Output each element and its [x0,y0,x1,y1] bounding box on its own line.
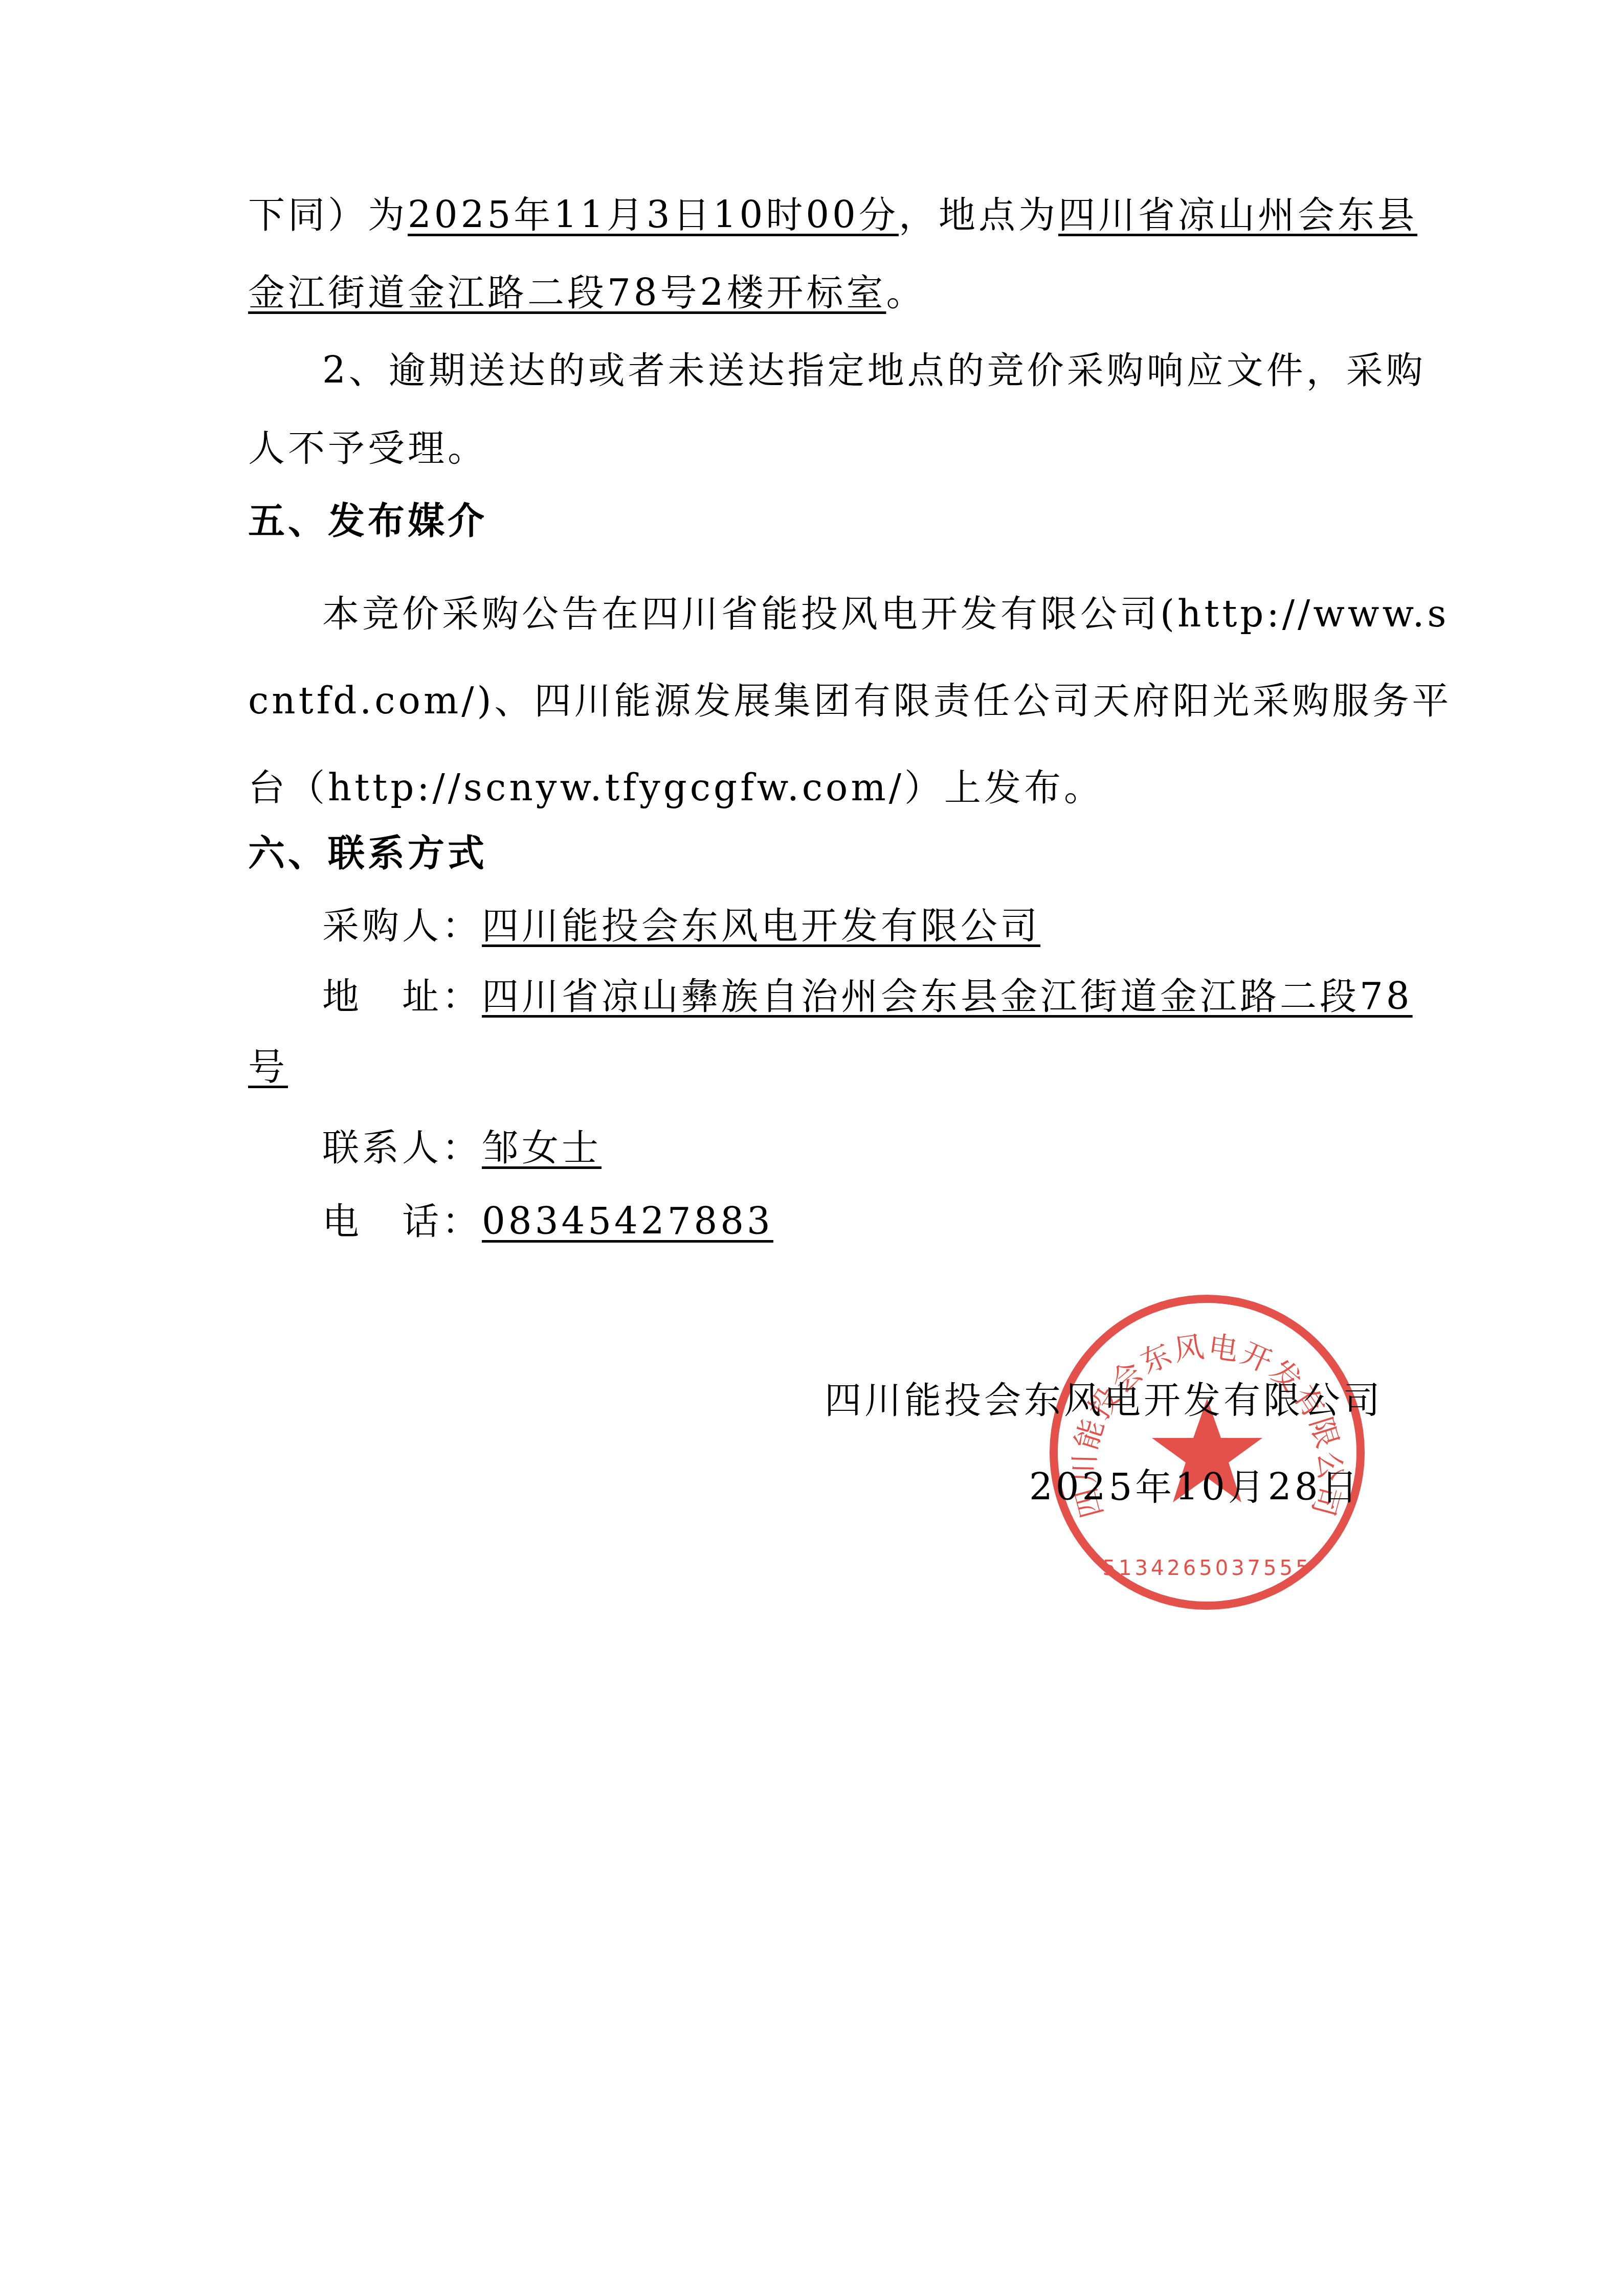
signature-company: 四川能投会东风电开发有限公司 [825,1376,1383,1425]
purchaser-value: 四川能投会东风电开发有限公司 [482,904,1040,947]
phone-line: 电 话：08345427883 [322,1197,773,1246]
bid-opening-place-cont: 金江街道金江路二段78号2楼开标室 [248,271,886,314]
address-line-cont: 号 [248,1042,288,1091]
item-2-line: 人不予受理。 [248,423,487,472]
text: 。 [886,271,926,314]
address-line: 地 址：四川省凉山彝族自治州会东县金江街道金江路二段78 [322,972,1413,1021]
section-heading: 五、发布媒介 [248,496,487,545]
contact-value: 邹女士 [482,1126,602,1169]
svg-text:5134265037555: 5134265037555 [1103,1557,1312,1580]
contact-line: 联系人：邹女士 [322,1123,602,1172]
address-value-cont: 号 [248,1045,288,1088]
contact-label: 联系人： [322,1126,482,1169]
text: 下同）为 [248,193,408,236]
item-2-line: 2、逾期送达的或者未送达指定地点的竞价采购响应文件，采购 [322,346,1426,395]
signature-date: 2025年10月28日 [1029,1462,1361,1512]
section-heading: 六、联系方式 [248,828,487,877]
paragraph-line: 本竞价采购公告在四川省能投风电开发有限公司(http://www.s [322,589,1449,638]
company-seal-icon: 四川能投会东风电开发有限公司 5134265037555 [1043,1289,1371,1616]
bid-opening-time: 2025年11月3日10时00分 [408,193,899,236]
purchaser-line: 采购人：四川能投会东风电开发有限公司 [322,901,1040,950]
document-page: 下同）为2025年11月3日10时00分，地点为四川省凉山州会东县 金江街道金江… [0,0,1624,2296]
paragraph-line: cntfd.com/)、四川能源发展集团有限责任公司天府阳光采购服务平 [248,676,1452,725]
address-label: 地 址： [322,975,482,1018]
text-line: 下同）为2025年11月3日10时00分，地点为四川省凉山州会东县 [248,190,1417,239]
purchaser-label: 采购人： [322,904,482,947]
paragraph-line: 台（http://scnyw.tfygcgfw.com/）上发布。 [248,763,1104,812]
text-line: 金江街道金江路二段78号2楼开标室。 [248,268,926,317]
bid-opening-place: 四川省凉山州会东县 [1058,193,1417,236]
text: ，地点为 [899,193,1058,236]
phone-label: 电 话： [322,1200,482,1243]
phone-value: 08345427883 [482,1200,773,1243]
address-value: 四川省凉山彝族自治州会东县金江街道金江路二段78 [482,975,1413,1018]
